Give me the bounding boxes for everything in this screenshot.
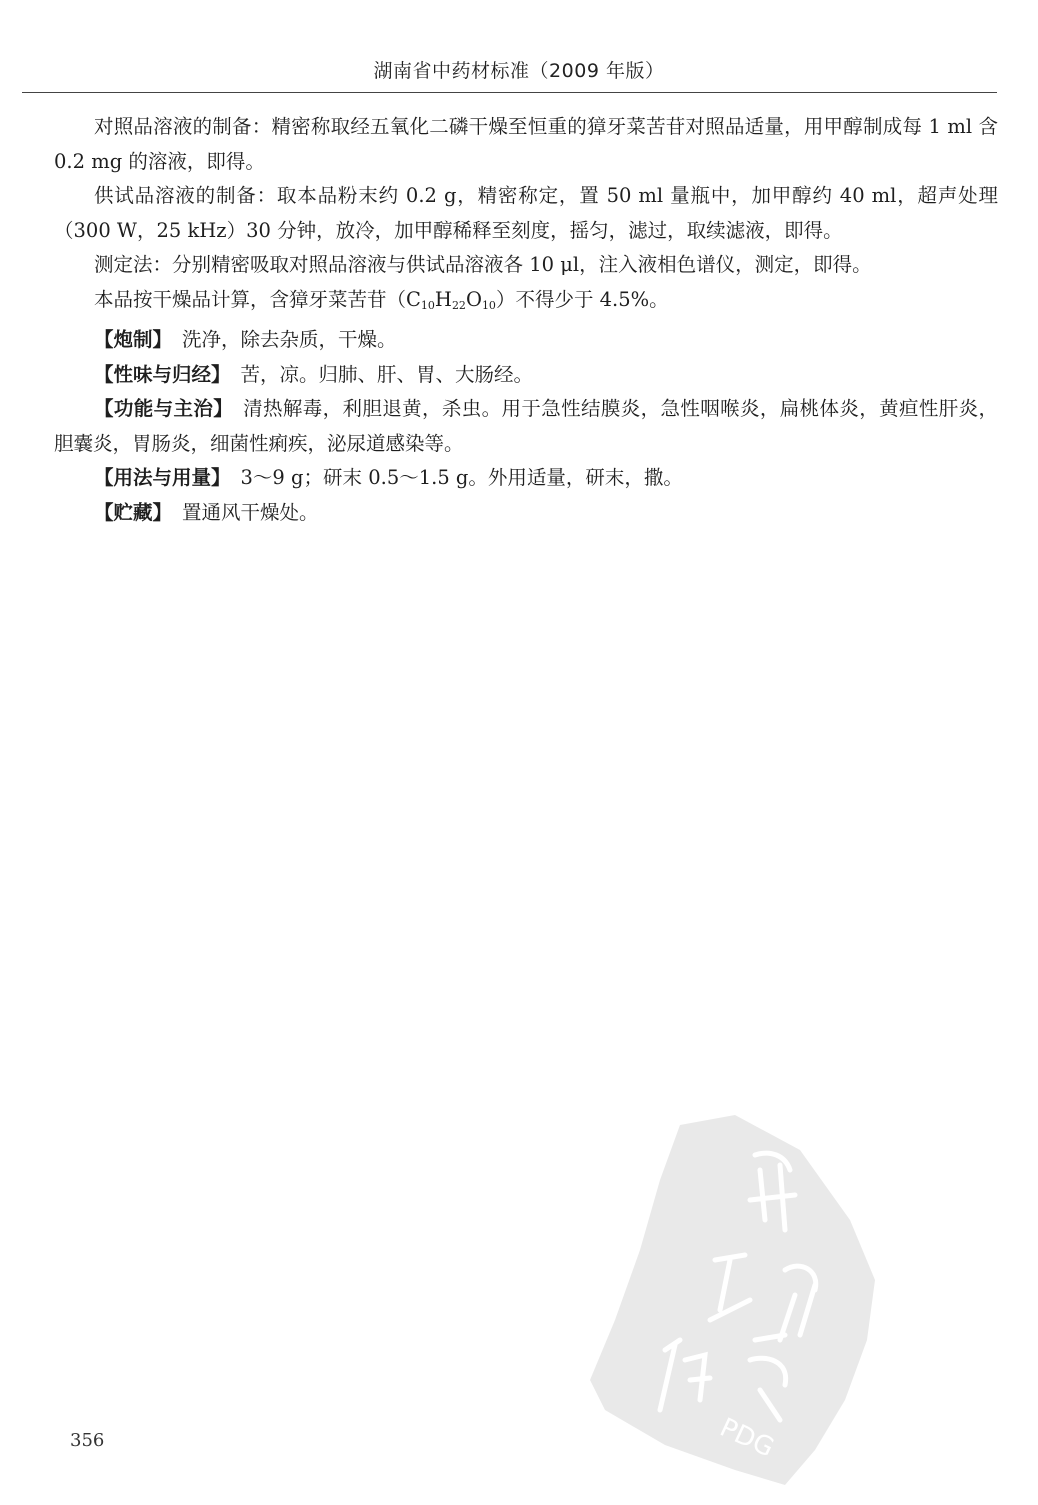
paragraph-determination: 测定法：分别精密吸取对照品溶液与供试品溶液各 10 μl，注入液相色谱仪，测定，… bbox=[54, 248, 998, 283]
section-text: 苦，凉。归肺、肝、胃、大肠经。 bbox=[241, 363, 534, 386]
running-header: 湖南省中药材标准（2009 年版） bbox=[0, 56, 1038, 83]
section-functions: 【功能与主治】清热解毒，利胆退黄，杀虫。用于急性结膜炎，急性咽喉炎，扁桃体炎，黄… bbox=[54, 392, 998, 461]
formula-subscript-o: 10 bbox=[482, 299, 496, 312]
formula-subscript-h: 22 bbox=[452, 299, 466, 312]
page-body: 对照品溶液的制备：精密称取经五氧化二磷干燥至恒重的獐牙菜苦苷对照品适量，用甲醇制… bbox=[54, 110, 998, 530]
section-processing: 【炮制】洗净，除去杂质，干燥。 bbox=[54, 323, 998, 358]
section-text: 洗净，除去杂质，干燥。 bbox=[182, 328, 397, 351]
section-label: 【性味与归经】 bbox=[94, 363, 231, 386]
seal-watermark-icon: PDG bbox=[585, 1110, 885, 1490]
formula-subscript-c: 10 bbox=[421, 299, 435, 312]
section-label: 【功能与主治】 bbox=[94, 397, 233, 420]
section-nature-meridian: 【性味与归经】苦，凉。归肺、肝、胃、大肠经。 bbox=[54, 358, 998, 393]
section-label: 【贮藏】 bbox=[94, 501, 172, 524]
paragraph-reference-solution: 对照品溶液的制备：精密称取经五氧化二磷干燥至恒重的獐牙菜苦苷对照品适量，用甲醇制… bbox=[54, 110, 998, 179]
header-divider bbox=[22, 92, 997, 93]
section-label: 【用法与用量】 bbox=[94, 466, 231, 489]
paragraph-test-solution: 供试品溶液的制备：取本品粉末约 0.2 g，精密称定，置 50 ml 量瓶中，加… bbox=[54, 179, 998, 248]
formula-h: H bbox=[435, 288, 452, 311]
content-limit-suffix: ）不得少于 4.5%。 bbox=[496, 288, 669, 311]
section-text: 3～9 g；研末 0.5～1.5 g。外用适量，研末，撒。 bbox=[241, 466, 683, 489]
section-storage: 【贮藏】置通风干燥处。 bbox=[54, 496, 998, 531]
formula-o: O bbox=[466, 288, 482, 311]
paragraph-content-limit: 本品按干燥品计算，含獐牙菜苦苷（C10H22O10）不得少于 4.5%。 bbox=[54, 283, 998, 324]
page-number: 356 bbox=[70, 1430, 104, 1451]
section-label: 【炮制】 bbox=[94, 328, 172, 351]
section-text: 置通风干燥处。 bbox=[182, 501, 319, 524]
section-usage-dosage: 【用法与用量】3～9 g；研末 0.5～1.5 g。外用适量，研末，撒。 bbox=[54, 461, 998, 496]
content-limit-prefix: 本品按干燥品计算，含獐牙菜苦苷（C bbox=[94, 288, 421, 311]
